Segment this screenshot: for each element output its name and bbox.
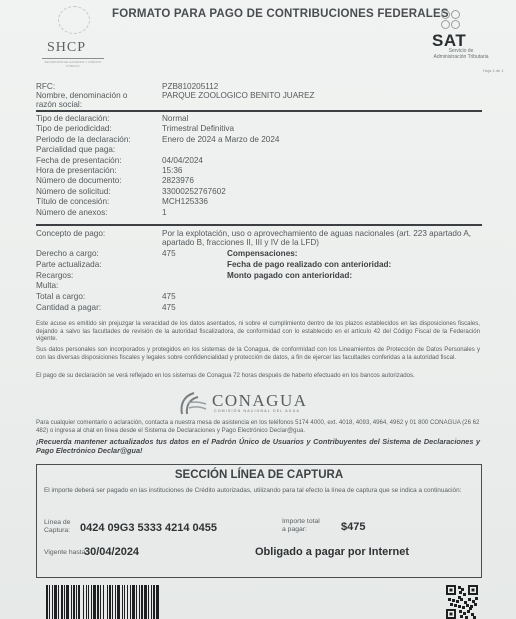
declaration-field-label: Título de concesión: (36, 197, 109, 206)
importe-total-value: $475 (341, 521, 365, 533)
payment-field-value: 475 (162, 249, 176, 258)
declaration-field-label: Parcialidad que paga: (36, 145, 115, 154)
declaration-field-label: Fecha de presentación: (36, 156, 122, 165)
declaration-field-label: Hora de presentación: (36, 166, 117, 175)
declaration-field-label: Tipo de declaración: (36, 114, 109, 123)
declaration-field-label: Número de solicitud: (36, 187, 111, 196)
obligation-text: Obligado a pagar por Internet (255, 546, 409, 558)
declaration-field-label: Periodo de la declaración: (36, 135, 131, 144)
barcode-icon (46, 585, 248, 619)
declaration-field-value: 2823976 (162, 176, 194, 185)
shcp-logo-subtitle: SECRETARÍA DE HACIENDA Y CRÉDITO PÚBLICO (44, 61, 102, 68)
declaration-field-value: 15:36 (162, 166, 183, 175)
document-title: FORMATO PARA PAGO DE CONTRIBUCIONES FEDE… (112, 8, 449, 20)
declaration-field-value: 04/04/2024 (162, 156, 203, 165)
payment-field-label: Total a cargo: (36, 292, 85, 301)
shcp-logo-text: SHCP (47, 40, 86, 56)
vigente-label: Vigente hasta: (44, 549, 87, 557)
sat-subtitle-line2: Administración Tributaria (420, 54, 502, 60)
sat-logo-subtitle: Servicio de Administración Tributaria (420, 48, 502, 60)
declaration-field-value: 33000252767602 (162, 187, 226, 196)
vigente-value: 30/04/2024 (84, 546, 139, 558)
declaration-field-label: Número de anexos: (36, 208, 107, 217)
payment-field-label: Derecho a cargo: (36, 249, 99, 258)
linea-label-line2: Captura: (44, 527, 70, 535)
declaration-field-value: Enero de 2024 a Marzo de 2024 (162, 135, 279, 144)
capture-description: El importe deberá ser pagado en las inst… (44, 487, 474, 495)
linea-captura-label: Línea de Captura: (44, 519, 70, 535)
capture-section-title: SECCIÓN LÍNEA DE CAPTURA (37, 469, 481, 481)
notice-disclaimer: Este acuse es emitido sin prejuzgar la v… (36, 320, 480, 343)
concepto-label: Concepto de pago: (36, 229, 105, 238)
notice-processing-time: El pago de su declaración se verá reflej… (36, 372, 480, 380)
shcp-logo-divider (42, 58, 104, 59)
shcp-eagle-emblem-icon (58, 6, 90, 34)
update-reminder: ¡Recuerda mantener actualizados tus dato… (36, 437, 480, 455)
importe-total-label: Importe total a pagar: (282, 518, 320, 534)
concepto-line1: Por la explotación, uso o aprovechamient… (162, 229, 471, 238)
payment-field-label: Cantidad a pagar: (36, 303, 101, 312)
declaration-field-label: Tipo de periodicidad: (36, 124, 112, 133)
name-label-line1: Nombre, denominación o (36, 91, 127, 100)
payment-field-value: 475 (162, 303, 176, 312)
declaration-field-value: 1 (162, 208, 167, 217)
rfc-label: RFC: (36, 82, 55, 91)
conagua-water-icon (174, 390, 208, 416)
importe-label-line1: Importe total (282, 518, 320, 526)
rfc-value: PZB810205112 (162, 82, 218, 91)
declaration-field-value: Trimestral Definitiva (162, 124, 234, 133)
concepto-line2: apartado B, fracciones II, III y IV de l… (162, 238, 319, 247)
linea-label-line1: Línea de (44, 519, 70, 527)
section-divider (36, 224, 482, 226)
qr-code-icon (446, 585, 478, 619)
name-label-line2: razón social: (36, 100, 82, 109)
notice-privacy: Sus datos personales son incorporados y … (36, 346, 480, 361)
sat-dots-logo-icon (441, 10, 461, 30)
payment-field-value: 475 (162, 292, 176, 301)
payment-right-label: Monto pagado con anterioridad: (227, 271, 352, 280)
declaration-field-value: MCH125336 (162, 197, 208, 206)
payment-form-document: SHCP SECRETARÍA DE HACIENDA Y CRÉDITO PÚ… (0, 0, 516, 619)
conagua-logo-subtitle: COMISIÓN NACIONAL DEL AGUA (214, 409, 300, 413)
declaration-field-value: Normal (162, 114, 188, 123)
payment-field-label: Parte actualizada: (36, 260, 102, 269)
conagua-logo-text: CONAGUA (212, 391, 308, 411)
payment-field-label: Multa: (36, 281, 58, 290)
payment-field-label: Recargos: (36, 271, 73, 280)
page-indicator: Hoja 1 de 1 (483, 68, 503, 73)
payment-right-label: Compensaciones: (227, 249, 298, 258)
name-value: PARQUE ZOOLOGICO BENITO JUAREZ (162, 91, 315, 100)
capture-section: SECCIÓN LÍNEA DE CAPTURA El importe debe… (36, 464, 482, 578)
linea-captura-value: 0424 09G3 5333 4214 0455 (80, 522, 217, 534)
contact-info: Para cualquier comentario o aclaración, … (36, 419, 480, 434)
declaration-field-label: Número de documento: (36, 176, 122, 185)
importe-label-line2: a pagar: (282, 526, 320, 534)
section-divider (36, 110, 482, 112)
payment-right-label: Fecha de pago realizado con anterioridad… (227, 260, 391, 269)
